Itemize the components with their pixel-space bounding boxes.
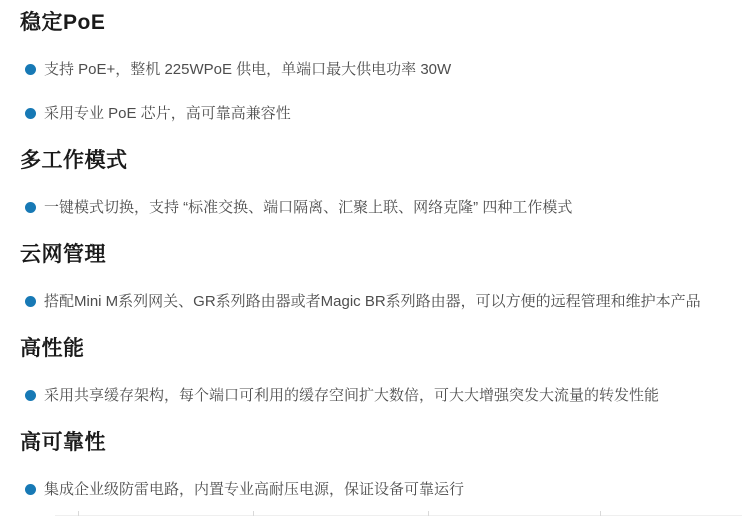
bullet-dot-icon [25, 64, 36, 75]
bullet-dot-icon [25, 390, 36, 401]
section-heading: 高可靠性 [20, 430, 732, 456]
feature-section: 高性能 采用共享缓存架构，每个端口可利用的缓存空间扩大数倍，可大大增强突发大流量… [20, 336, 732, 406]
feature-section: 高可靠性 集成企业级防雷电路，内置专业高耐压电源，保证设备可靠运行 [20, 430, 732, 500]
bullet-dot-icon [25, 202, 36, 213]
feature-sections: 稳定PoE 支持 PoE+，整机 225WPoE 供电，单端口最大供电功率 30… [0, 0, 750, 500]
feature-bullet-text: 集成企业级防雷电路，内置专业高耐压电源，保证设备可靠运行 [44, 480, 464, 500]
bullet-dot-icon [25, 484, 36, 495]
table-column-tick [600, 511, 601, 516]
section-heading: 高性能 [20, 336, 732, 362]
feature-bullet-item: 搭配Mini M系列网关、GR系列路由器或者Magic BR系列路由器，可以方便… [20, 292, 732, 312]
feature-bullet-text: 采用专业 PoE 芯片，高可靠高兼容性 [44, 104, 291, 124]
feature-bullet-text: 搭配Mini M系列网关、GR系列路由器或者Magic BR系列路由器，可以方便… [44, 292, 701, 312]
section-heading: 云网管理 [20, 242, 732, 268]
section-heading: 多工作模式 [20, 148, 732, 174]
feature-bullet-item: 一键模式切换，支持 “标准交换、端口隔离、汇聚上联、网络克隆” 四种工作模式 [20, 198, 732, 218]
feature-bullet-item: 集成企业级防雷电路，内置专业高耐压电源，保证设备可靠运行 [20, 480, 732, 500]
feature-section: 云网管理 搭配Mini M系列网关、GR系列路由器或者Magic BR系列路由器… [20, 242, 732, 312]
feature-bullet-text: 支持 PoE+，整机 225WPoE 供电，单端口最大供电功率 30W [44, 60, 451, 80]
bullet-dot-icon [25, 108, 36, 119]
table-column-tick [428, 511, 429, 516]
feature-bullet-text: 采用共享缓存架构，每个端口可利用的缓存空间扩大数倍，可大大增强突发大流量的转发性… [44, 386, 659, 406]
feature-bullet-item: 采用共享缓存架构，每个端口可利用的缓存空间扩大数倍，可大大增强突发大流量的转发性… [20, 386, 732, 406]
feature-section: 多工作模式 一键模式切换，支持 “标准交换、端口隔离、汇聚上联、网络克隆” 四种… [20, 148, 732, 218]
table-column-tick [78, 511, 79, 516]
bullet-dot-icon [25, 296, 36, 307]
feature-bullet-item: 支持 PoE+，整机 225WPoE 供电，单端口最大供电功率 30W [20, 60, 732, 80]
feature-section: 稳定PoE 支持 PoE+，整机 225WPoE 供电，单端口最大供电功率 30… [20, 10, 732, 124]
table-column-tick [253, 511, 254, 516]
section-heading: 稳定PoE [20, 10, 732, 36]
product-feature-page: 稳定PoE 支持 PoE+，整机 225WPoE 供电，单端口最大供电功率 30… [0, 0, 750, 516]
feature-bullet-text: 一键模式切换，支持 “标准交换、端口隔离、汇聚上联、网络克隆” 四种工作模式 [44, 198, 572, 218]
cutoff-table-top-edge [0, 510, 750, 516]
feature-bullet-item: 采用专业 PoE 芯片，高可靠高兼容性 [20, 104, 732, 124]
